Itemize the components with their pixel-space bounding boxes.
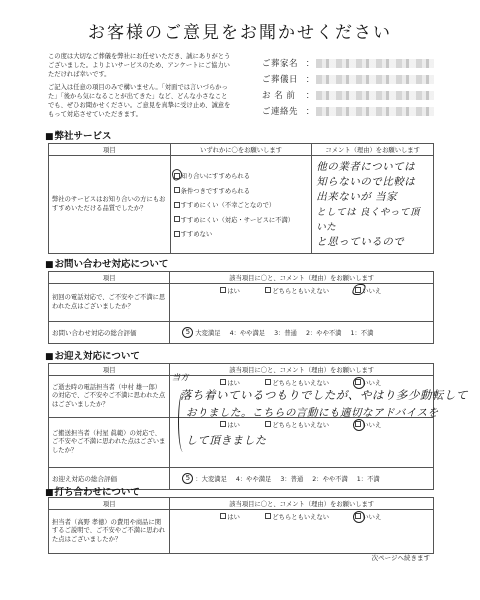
handwritten-comment-line-1: 落ち着いているつもりでしたが、やはり多少動転して <box>180 387 468 403</box>
funeral-date-field-redacted[interactable] <box>316 75 434 84</box>
continue-next-page-note: 次ページへ続きます <box>372 553 430 562</box>
rating-2[interactable]: 2：やや不満 <box>312 474 348 483</box>
rating-3[interactable]: 3：普通 <box>274 328 297 337</box>
info-colon: ： <box>304 73 316 85</box>
page-title: お客様のご意見をお聞かせください <box>0 18 480 43</box>
option-recommend-friends[interactable]: 知り合いにすすめられる <box>174 168 309 183</box>
column-header-item: 項目 <box>49 364 170 376</box>
column-header-item: 項目 <box>49 144 171 156</box>
rating-pickup: 5 ：大変満足 4：やや満足 3：普通 2：やや不満 1：不満 <box>170 468 434 490</box>
handwritten-comment-line-3: して頂きました <box>186 432 267 448</box>
question-first-call: 初回の電話対応で、ご不安やご不満に思われた点はございましたか？ <box>49 284 170 322</box>
handwritten-comment-line-2: おりました。こちらの言動にも適切なアドバイスを <box>186 405 439 420</box>
customer-info: ご葬家名 ： ご葬儀日 ： お 名 前 ： ご連絡先 ： <box>262 55 452 119</box>
pickup-table: 項目 該当項目に〇と、コメント（理由）をお願いします ご逝去時の電話担当者（中村… <box>48 363 434 490</box>
rating-5-label: ：大変満足 <box>195 474 226 483</box>
choice-no[interactable]: いいえ <box>355 420 381 429</box>
yes-no-choices: はい どちらともいえない いいえ <box>170 284 433 296</box>
checkbox[interactable] <box>265 379 271 385</box>
choice-neutral[interactable]: どちらともいえない <box>265 378 355 387</box>
choice-no[interactable]: いいえ <box>355 286 381 295</box>
option-hard-misfortune[interactable]: すすめにくい（不幸ごとなので） <box>174 197 309 212</box>
rating-5-label: 大変満足 <box>195 328 220 337</box>
column-header-choice-comment: 該当項目に〇と、コメント（理由）をお願いします <box>170 272 434 284</box>
section-heading-meeting: 打ち合わせについて <box>45 484 140 498</box>
checkbox-checked[interactable] <box>355 513 361 519</box>
choice-neutral[interactable]: どちらともいえない <box>265 286 355 295</box>
column-header-item: 項目 <box>49 272 170 284</box>
cost-explanation-answer: はい どちらともいえない いいえ <box>170 510 434 554</box>
question-cost-explanation: 担当者（高野 孝徳）の費用や商品に関するご説明で、ご不安やご不満に思われた点はご… <box>49 510 170 554</box>
info-colon: ： <box>304 57 316 69</box>
column-header-comment: コメント（理由）をお願いします <box>312 144 434 156</box>
info-colon: ： <box>304 89 316 101</box>
first-call-answer: はい どちらともいえない いいえ <box>170 284 434 322</box>
checkbox[interactable] <box>174 216 180 222</box>
checkbox[interactable] <box>265 421 271 427</box>
rating-inquiry: 5 大変満足 4：やや満足 3：普通 2：やや不満 1：不満 <box>170 322 434 344</box>
rating-5-circled[interactable]: 5 <box>182 327 193 338</box>
option-hard-dissatisfied[interactable]: すすめにくい（対応・サービスに不満） <box>174 212 309 227</box>
info-label: ご葬儀日 <box>262 73 304 85</box>
choice-no[interactable]: いいえ <box>355 512 381 521</box>
service-table: 項目 いずれかに〇をお願いします コメント（理由）をお願いします 弊社のサービス… <box>48 143 434 254</box>
contact-field-redacted[interactable] <box>316 107 434 116</box>
column-header-choice-comment: 該当項目に〇と、コメント（理由）をお願いします <box>170 364 434 376</box>
question-phone-staff: ご逝去時の電話担当者（中村 雄一郎）の対応で、ご不安やご不満に思われた点はござい… <box>49 376 170 418</box>
column-header-choice-comment: 該当項目に〇と、コメント（理由）をお願いします <box>170 498 434 510</box>
checkbox[interactable] <box>265 513 271 519</box>
info-row-name: お 名 前 ： <box>262 87 452 103</box>
option-conditional[interactable]: 条件つきですすめられる <box>174 183 309 198</box>
handwritten-bracket <box>178 392 188 452</box>
checkbox-checked[interactable] <box>174 173 180 179</box>
recommend-options: 知り合いにすすめられる 条件つきですすめられる すすめにくい（不幸ごとなので） … <box>170 156 312 254</box>
column-header-choice: いずれかに〇をお願いします <box>170 144 312 156</box>
checkbox-checked[interactable] <box>355 379 361 385</box>
question-transport-staff: ご搬送担当者（村星 眞範）の対応で、ご不安やご不満に思われた点はございましたか？ <box>49 418 170 468</box>
info-label: お 名 前 <box>262 89 304 101</box>
family-name-field-redacted[interactable] <box>316 59 434 68</box>
section-heading-inquiry: お問い合わせ対応について <box>45 256 168 270</box>
info-row-funeral-date: ご葬儀日 ： <box>262 71 452 87</box>
checkbox[interactable] <box>220 513 226 519</box>
rating-1[interactable]: 1：不満 <box>350 328 373 337</box>
info-label: ご連絡先 <box>262 105 304 117</box>
intro-paragraph-1: この度は大切なご葬儀を弊社にお任せいただき、誠にありがとうございました。よりよい… <box>48 52 233 80</box>
rating-1[interactable]: 1：不満 <box>357 474 380 483</box>
meeting-table: 項目 該当項目に〇と、コメント（理由）をお願いします 担当者（高野 孝徳）の費用… <box>48 497 434 554</box>
yes-no-choices: はい どちらともいえない いいえ <box>170 510 433 522</box>
rating-5-circled[interactable]: 5 <box>182 473 193 484</box>
choice-neutral[interactable]: どちらともいえない <box>265 512 355 521</box>
handwritten-comment[interactable]: 他の業者については 知らないので比較は 出来ないが 当家 としては 良くやって頂… <box>312 156 434 254</box>
info-label: ご葬家名 <box>262 57 304 69</box>
checkbox[interactable] <box>220 287 226 293</box>
choice-yes[interactable]: はい <box>220 512 265 521</box>
choice-no[interactable]: いいえ <box>355 378 381 387</box>
checkbox[interactable] <box>220 421 226 427</box>
checkbox[interactable] <box>174 231 180 237</box>
rating-3[interactable]: 3：普通 <box>280 474 303 483</box>
checkbox-checked[interactable] <box>355 287 361 293</box>
option-not-recommend[interactable]: すすめない <box>174 226 309 241</box>
checkbox[interactable] <box>220 379 226 385</box>
handwritten-prefix: 当方 <box>172 372 189 383</box>
intro-text: この度は大切なご葬儀を弊社にお任せいただき、誠にありがとうございました。よりよい… <box>48 52 233 122</box>
checkbox[interactable] <box>265 287 271 293</box>
checkbox-checked[interactable] <box>355 421 361 427</box>
info-row-contact: ご連絡先 ： <box>262 103 452 119</box>
column-header-item: 項目 <box>49 498 170 510</box>
intro-paragraph-2: ご記入は任意の項目のみで構いません。「対面では言いづらかった」「後から気になるこ… <box>48 83 233 120</box>
rating-label-inquiry: お問い合わせ対応の総合評価 <box>49 322 170 344</box>
choice-neutral[interactable]: どちらともいえない <box>265 420 355 429</box>
checkbox[interactable] <box>174 187 180 193</box>
choice-yes[interactable]: はい <box>220 420 265 429</box>
choice-yes[interactable]: はい <box>220 378 265 387</box>
question-recommend: 弊社のサービスはお知り合いの方にもおすすめいただける品質でしたか？ <box>49 156 171 254</box>
choice-yes[interactable]: はい <box>220 286 265 295</box>
checkbox[interactable] <box>174 202 180 208</box>
rating-4[interactable]: 4：やや満足 <box>236 474 272 483</box>
rating-2[interactable]: 2：やや不満 <box>306 328 342 337</box>
rating-4[interactable]: 4：やや満足 <box>230 328 266 337</box>
section-heading-service: 弊社サービス <box>45 128 112 142</box>
name-field-redacted[interactable] <box>316 91 434 100</box>
section-heading-pickup: お迎え対応について <box>45 348 140 362</box>
inquiry-table: 項目 該当項目に〇と、コメント（理由）をお願いします 初回の電話対応で、ご不安や… <box>48 271 434 344</box>
info-colon: ： <box>304 105 316 117</box>
info-row-family-name: ご葬家名 ： <box>262 55 452 71</box>
